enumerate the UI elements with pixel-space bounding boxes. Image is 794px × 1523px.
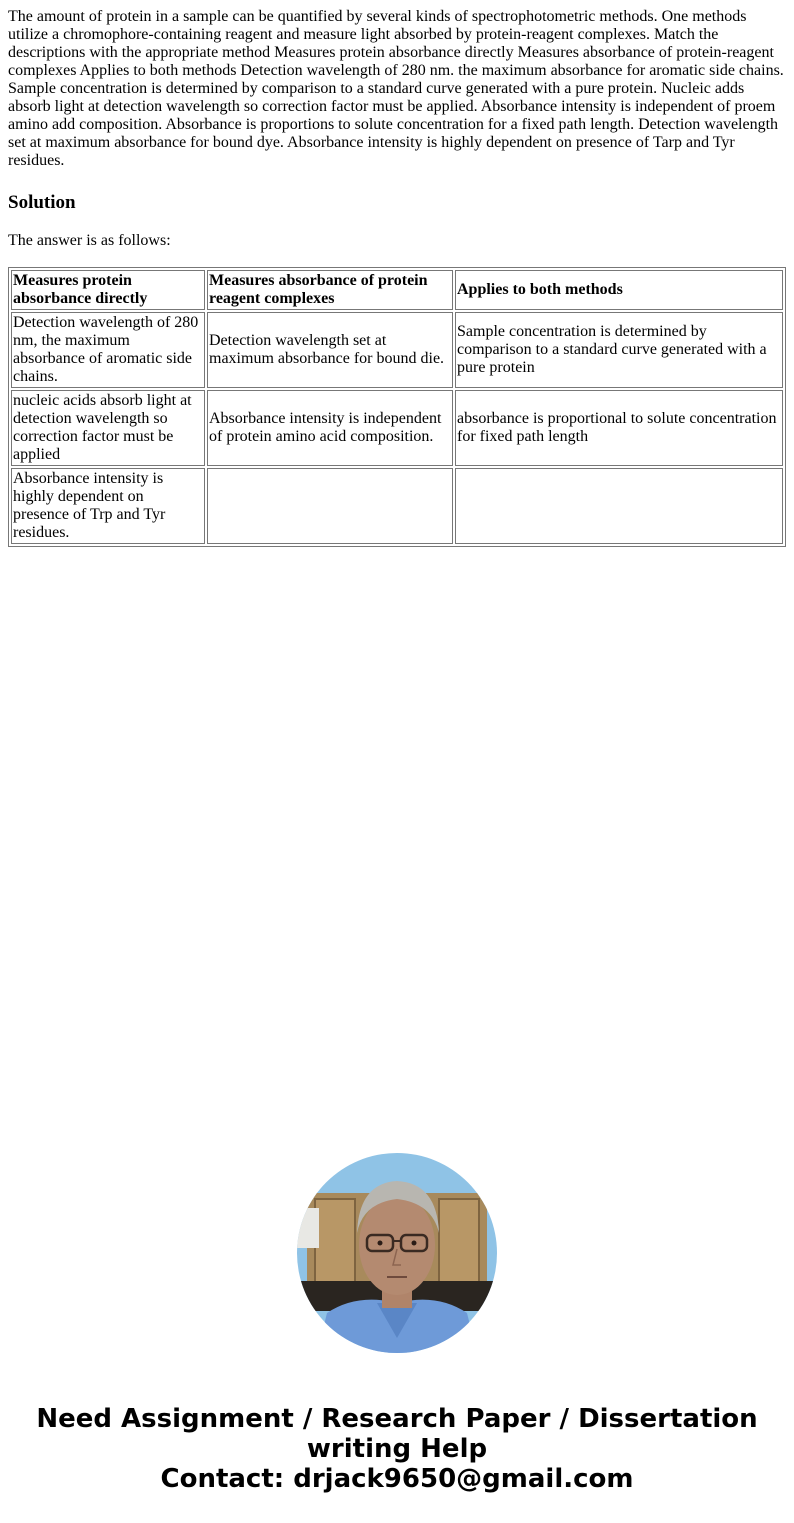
question-text: The amount of protein in a sample can be…: [8, 8, 786, 170]
page-content: The amount of protein in a sample can be…: [0, 0, 794, 547]
table-row: nucleic acids absorb light at detection …: [11, 390, 783, 466]
table-cell: absorbance is proportional to solute con…: [455, 390, 783, 466]
answer-intro: The answer is as follows:: [8, 232, 786, 250]
table-header-row: Measures protein absorbance directly Mea…: [11, 270, 783, 310]
table-row: Detection wavelength of 280 nm, the maxi…: [11, 312, 783, 388]
header-both: Applies to both methods: [455, 270, 783, 310]
table-cell: Absorbance intensity is highly dependent…: [11, 468, 205, 544]
header-direct: Measures protein absorbance directly: [11, 270, 205, 310]
table-cell: [207, 468, 453, 544]
table-row: Absorbance intensity is highly dependent…: [11, 468, 783, 544]
header-reagent: Measures absorbance of protein reagent c…: [207, 270, 453, 310]
table-cell: Absorbance intensity is independent of p…: [207, 390, 453, 466]
table-cell: Sample concentration is determined by co…: [455, 312, 783, 388]
avatar: [297, 1153, 497, 1353]
table-cell: Detection wavelength set at maximum abso…: [207, 312, 453, 388]
promo-footer: Need Assignment / Research Paper / Disse…: [0, 1404, 794, 1494]
table-cell: [455, 468, 783, 544]
portrait-image: [297, 1153, 497, 1353]
answer-table: Measures protein absorbance directly Mea…: [8, 267, 786, 547]
table-cell: Detection wavelength of 280 nm, the maxi…: [11, 312, 205, 388]
table-cell: nucleic acids absorb light at detection …: [11, 390, 205, 466]
promo-line: Need Assignment / Research Paper / Disse…: [0, 1404, 794, 1464]
solution-heading: Solution: [8, 192, 786, 214]
contact-line: Contact: drjack9650@gmail.com: [0, 1464, 794, 1494]
